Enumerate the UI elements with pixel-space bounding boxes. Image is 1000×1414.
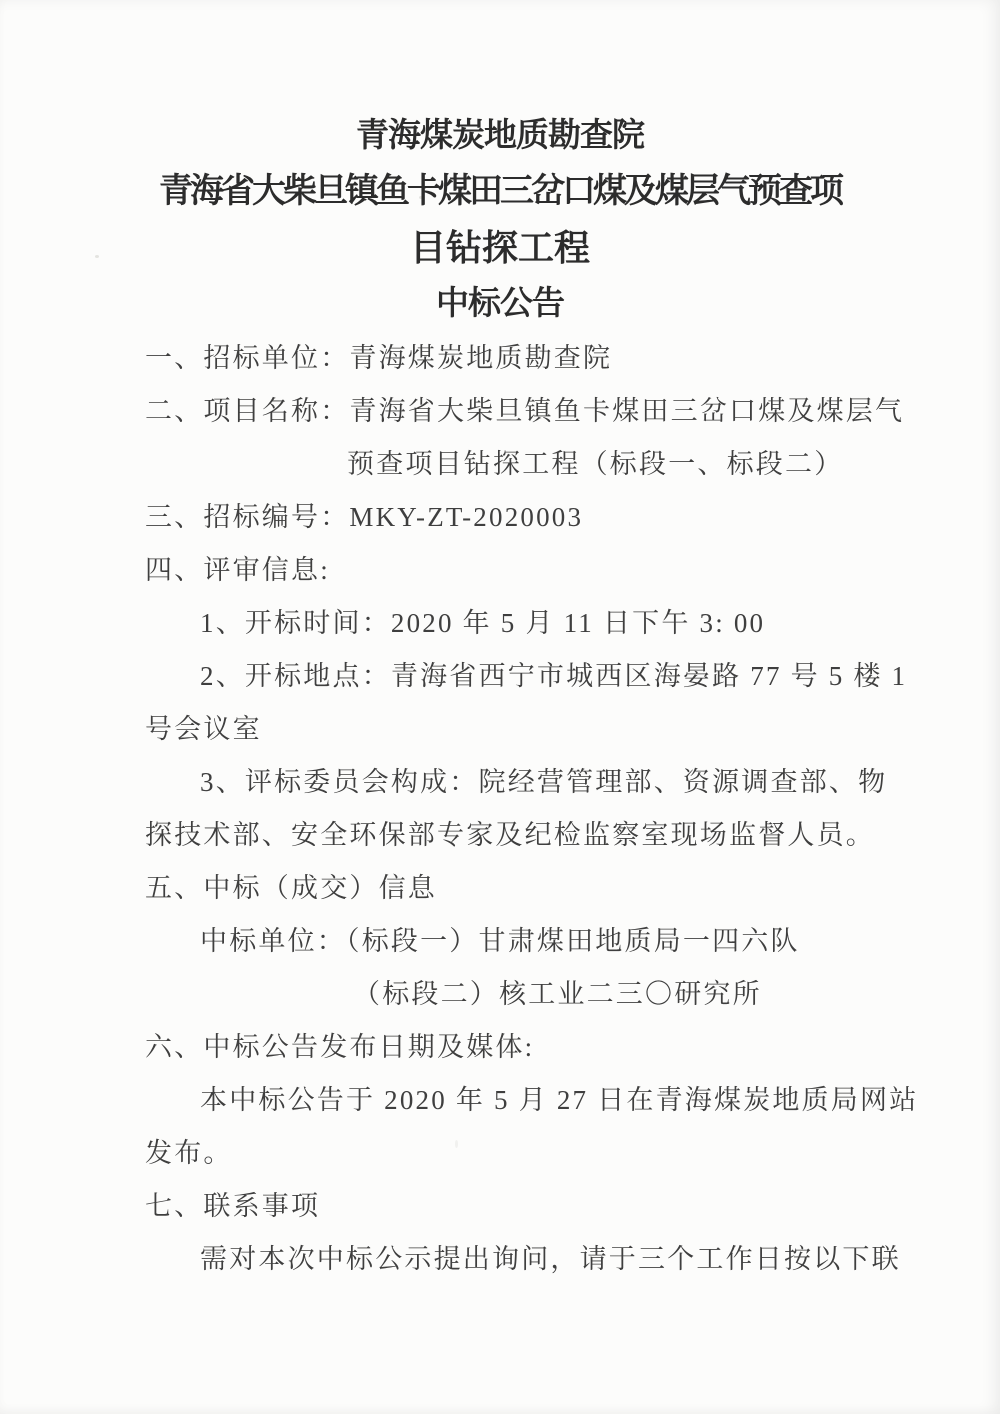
line-committee-cont: 探技术部、安全环保部专家及纪检监察室现场监督人员。 [145,809,865,862]
line-project-name-cont: 预查项目钻探工程（标段一、标段二） [347,438,865,491]
line-committee: 3、评标委员会构成：院经营管理部、资源调查部、物 [200,756,865,809]
line-tender-number: 三、招标编号：MKY-ZT-2020003 [145,491,865,544]
line-contact-detail: 需对本次中标公示提出询问，请于三个工作日按以下联 [200,1233,865,1286]
line-publish-detail-cont: 发布。 [145,1127,865,1180]
title-project-line-1: 青海省大柴旦镇鱼卡煤田三岔口煤及煤层气预查项 [0,164,1000,220]
line-contact-heading: 七、联系事项 [145,1180,865,1233]
line-bid-opening-place: 2、开标地点：青海省西宁市城西区海晏路 77 号 5 楼 1 [200,650,865,703]
line-review-info-heading: 四、评审信息: [145,544,865,597]
line-tendering-unit: 一、招标单位：青海煤炭地质勘查院 [145,332,865,385]
document-title-block: 青海煤炭地质勘查院 青海省大柴旦镇鱼卡煤田三岔口煤及煤层气预查项 目钻探工程 中… [0,108,1000,332]
line-winner-section-2: （标段二）核工业二三〇研究所 [353,968,865,1021]
line-publish-heading: 六、中标公告发布日期及媒体: [145,1021,865,1074]
line-publish-detail: 本中标公告于 2020 年 5 月 27 日在青海煤炭地质局网站 [200,1074,865,1127]
document-body: 一、招标单位：青海煤炭地质勘查院 二、项目名称：青海省大柴旦镇鱼卡煤田三岔口煤及… [145,332,865,1286]
title-project-line-2: 目钻探工程 [0,220,1000,276]
line-award-info-heading: 五、中标（成交）信息 [145,862,865,915]
line-bid-opening-time: 1、开标时间：2020 年 5 月 11 日下午 3: 00 [200,597,865,650]
line-project-name: 二、项目名称：青海省大柴旦镇鱼卡煤田三岔口煤及煤层气 [145,385,865,438]
line-bid-opening-place-cont: 号会议室 [145,703,865,756]
title-announcement: 中标公告 [0,276,1000,332]
line-winner-section-1: 中标单位：（标段一）甘肃煤田地质局一四六队 [200,915,865,968]
scanned-document-page: 青海煤炭地质勘查院 青海省大柴旦镇鱼卡煤田三岔口煤及煤层气预查项 目钻探工程 中… [0,0,1000,1414]
title-org-name: 青海煤炭地质勘查院 [0,108,1000,164]
